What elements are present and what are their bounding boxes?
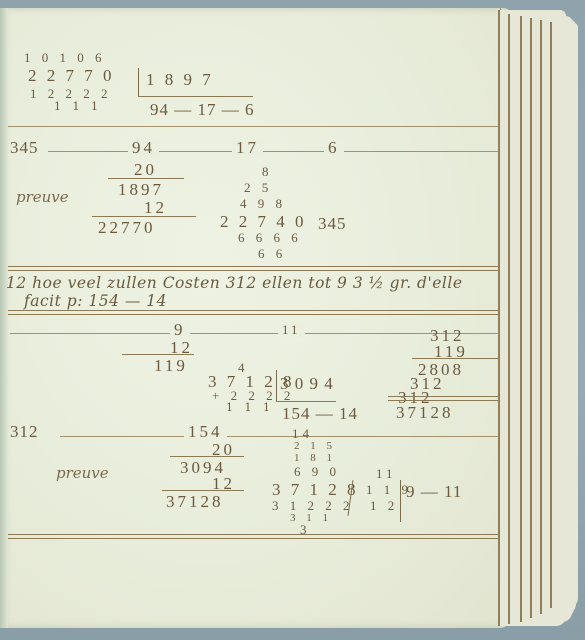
quotient-bracket (138, 68, 139, 96)
galley-line: 3 (300, 522, 311, 538)
proof-result: 22770 (98, 218, 156, 238)
proof-rule (162, 490, 244, 491)
header-line (60, 436, 500, 437)
quotient-value: 1 8 9 7 (146, 70, 214, 90)
book-page-edges (498, 10, 578, 626)
proof-rule (92, 216, 196, 217)
section2-value-3: 6 (324, 138, 344, 158)
product-result: 37128 (396, 403, 454, 423)
quotient-underline (138, 96, 253, 97)
mult-rule (122, 354, 194, 355)
page-edge (550, 22, 578, 608)
galley-line: 1 8 1 (294, 452, 336, 464)
header-line (48, 151, 498, 152)
galley-line: 6 6 6 6 (238, 230, 302, 246)
section2-value-1: 94 (128, 138, 159, 158)
galley-line: 2 5 (244, 180, 272, 196)
section2-header-left: 345 (10, 138, 39, 158)
galley-line: 2 1 5 (294, 440, 336, 452)
mult-rule (388, 396, 500, 397)
left-mult-result: 119 (154, 356, 188, 376)
proof-rule (108, 178, 184, 179)
quotient-underline (276, 401, 336, 402)
side-bracket (400, 480, 401, 522)
galley-line: 8 (262, 164, 273, 180)
double-rule-top (8, 270, 506, 271)
section1-result: 94 — 17 — 6 (150, 100, 255, 120)
proof-intermediate: 1897 (118, 180, 164, 200)
header-line (10, 333, 500, 334)
section4-side-result: 9 — 11 (406, 482, 462, 502)
mult-rule (388, 400, 500, 401)
double-rule-bottom (8, 314, 506, 315)
right-mult-factor: 119 (434, 342, 468, 362)
galley-line: 6 6 (258, 246, 286, 262)
section3-value-1: 9 (170, 320, 190, 340)
mult-rule (412, 358, 502, 359)
proof-factor: 12 (212, 474, 235, 494)
galley-line: 3 7 1 2 8 (272, 480, 359, 500)
section2-value-2: 17 (232, 138, 263, 158)
quotient-bracket (276, 370, 277, 402)
galley-line: 2 2 7 4 0 (220, 212, 307, 232)
manuscript-page: 1 0 1 0 6 2 2 7 7 0 1 2 2 2 2 1 1 1 1 8 … (0, 8, 510, 628)
section4-header-left: 312 (10, 422, 39, 442)
galley-line: 4 9 8 (240, 196, 286, 212)
proof-multiplier: 20 (134, 160, 157, 180)
proof-label: preuve (56, 464, 109, 482)
galley-marks: 1 1 1 (54, 100, 102, 113)
galley-divisor: 345 (318, 214, 347, 234)
side-calc-top: 11 (376, 466, 397, 482)
section3-value-2: 11 (278, 322, 305, 338)
galley-marks: 1 1 1 (226, 401, 274, 414)
galley-line: 6 9 0 (294, 464, 340, 480)
bottom-double-rule (8, 534, 506, 535)
double-rule-top (8, 266, 506, 267)
section4-value: 154 (184, 422, 227, 442)
proof-result: 37128 (166, 492, 224, 512)
proof-factor: 12 (144, 198, 167, 218)
bottom-double-rule (8, 538, 506, 539)
left-mult-factor: 12 (170, 338, 193, 358)
proof-rule (170, 456, 244, 457)
proof-multiplier: 20 (212, 440, 235, 460)
galley-line: 3 1 1 (290, 512, 332, 524)
side-calc-line: 1 2 (370, 498, 398, 514)
quotient-value: 3 0 9 4 (280, 374, 334, 394)
section-divider (8, 126, 506, 127)
galley-dividend: 2 2 7 7 0 (28, 66, 115, 86)
galley-top-row: 1 0 1 0 6 (24, 50, 106, 66)
double-rule-bottom (8, 310, 506, 311)
proof-label: preuve (16, 188, 69, 206)
problem-line-1: 12 hoe veel zullen Costen 312 ellen tot … (6, 274, 463, 292)
section3-result: 154 — 14 (282, 404, 358, 424)
problem-line-2: facit p: 154 — 14 (24, 292, 167, 310)
